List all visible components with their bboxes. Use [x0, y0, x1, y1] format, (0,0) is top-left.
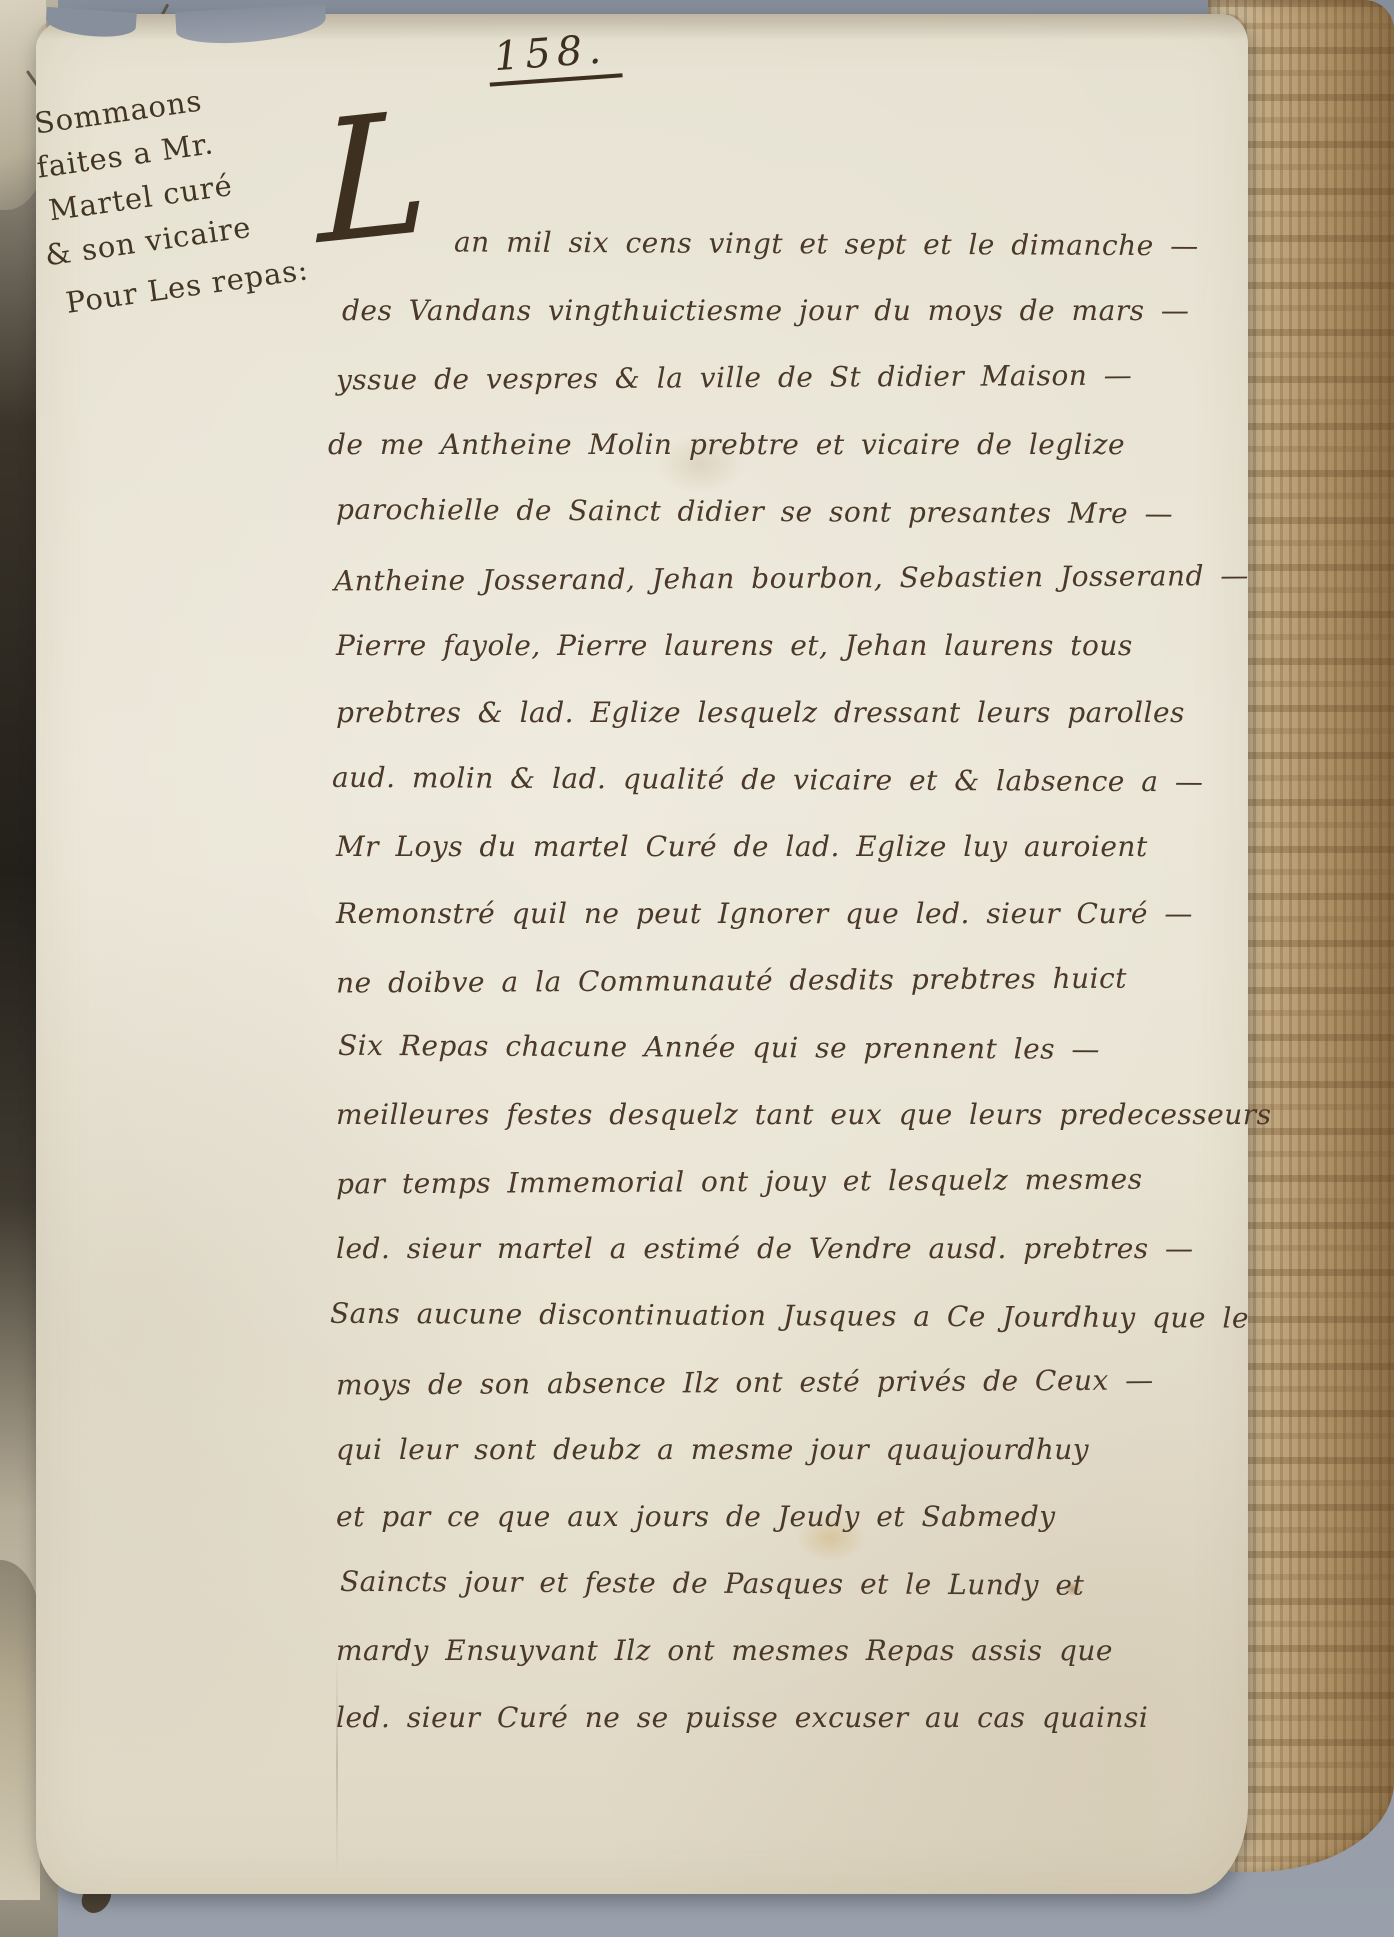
manuscript-line: et par ce que aux jours de Jeudy et Sabm… — [336, 1483, 1166, 1550]
manuscript-line: moys de son absence Ilz ont esté privés … — [336, 1346, 1166, 1418]
manuscript-line: qui leur sont deubz a mesme jour quaujou… — [336, 1416, 1166, 1483]
photo-background: 158. Sommaons faites a Mr. Martel curé &… — [0, 0, 1394, 1937]
manuscript-line: an mil six cens vingt et sept et le dima… — [336, 208, 1166, 279]
manuscript-page: 158. Sommaons faites a Mr. Martel curé &… — [36, 14, 1248, 1894]
manuscript-line: led. sieur martel a estimé de Vendre aus… — [336, 1215, 1166, 1282]
manuscript-line: prebtres & lad. Eglize lesquelz dressant… — [336, 679, 1166, 746]
manuscript-line: parochielle de Sainct didier se sont pre… — [336, 476, 1166, 547]
manuscript-line: Remonstré quil ne peut Ignorer que led. … — [336, 880, 1166, 947]
manuscript-line: aud. molin & lad. qualité de vicaire et … — [332, 744, 1166, 815]
manuscript-line: des Vandans vingthuictiesme jour du moys… — [342, 277, 1166, 344]
margin-note: Sommaons faites a Mr. Martel curé & son … — [32, 60, 361, 326]
manuscript-line: Pierre fayole, Pierre laurens et, Jehan … — [336, 612, 1166, 679]
manuscript-line: Mr Loys du martel Curé de lad. Eglize lu… — [336, 813, 1166, 880]
manuscript-line: de me Antheine Molin prebtre et vicaire … — [328, 411, 1166, 478]
manuscript-line: Saincts jour et feste de Pasques et le L… — [340, 1548, 1166, 1619]
manuscript-line: yssue de vespres & la ville de St didier… — [336, 341, 1166, 413]
manuscript-line: Six Repas chacune Année qui se prennent … — [338, 1012, 1166, 1083]
manuscript-line: ne doibve a la Communauté desdits prebtr… — [336, 944, 1166, 1016]
manuscript-line: par temps Immemorial ont jouy et lesquel… — [336, 1145, 1166, 1217]
manuscript-line: Antheine Josserand, Jehan bourbon, Sebas… — [334, 542, 1166, 614]
folio-number: 158. — [486, 25, 622, 86]
manuscript-line: meilleures festes desquelz tant eux que … — [336, 1081, 1166, 1148]
manuscript-line: led. sieur Curé ne se puisse excuser au … — [336, 1684, 1166, 1751]
manuscript-line: mardy Ensuyvant Ilz ont mesmes Repas ass… — [336, 1617, 1166, 1684]
manuscript-line: Sans aucune discontinuation Jusques a Ce… — [330, 1280, 1166, 1351]
manuscript-body: an mil six cens vingt et sept et le dima… — [336, 210, 1166, 1751]
spine-parchment-remnant-bottom — [0, 1560, 40, 1900]
